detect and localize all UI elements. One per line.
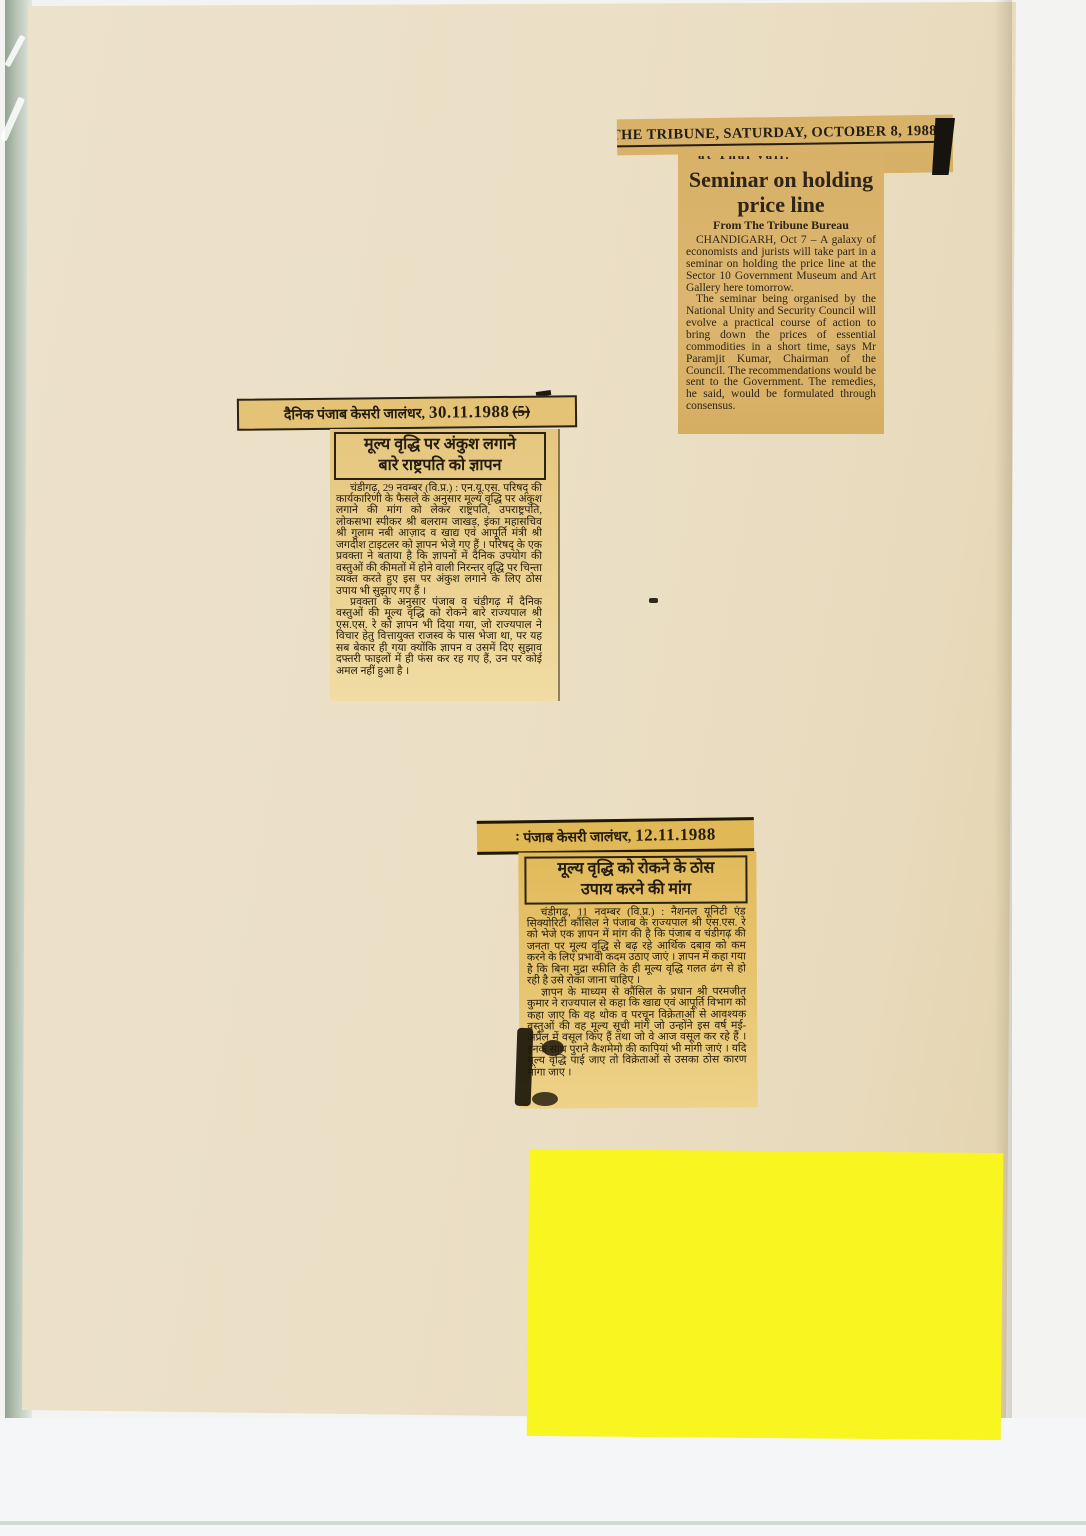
clipping2-source-strip: : पंजाब केसरी जालंधर, 12.11.1988 bbox=[477, 817, 754, 855]
clipping2-source-date: 12.11.1988 bbox=[635, 825, 716, 846]
clipping1-article: मूल्य वृद्धि पर अंकुश लगाने बारे राष्ट्र… bbox=[330, 429, 560, 701]
clipping1-source-name: दैनिक पंजाब केसरी जालंधर, bbox=[284, 403, 425, 423]
tribune-byline: From The Tribune Bureau bbox=[686, 218, 876, 233]
sleeve-bottom-edge-line bbox=[0, 1521, 1086, 1525]
tribune-source-strip: THE TRIBUNE, SATURDAY, OCTOBER 8, 1988 (… bbox=[617, 115, 953, 156]
tribune-headline: Seminar on holding price line bbox=[686, 168, 876, 217]
clipping1-source-date: 30.11.1988 bbox=[429, 402, 510, 423]
clipping2-article: मूल्य वृद्धि को रोकने के ठोस उपाय करने क… bbox=[518, 851, 757, 1108]
tribune-cut-off-line: at Thai vall. bbox=[686, 156, 876, 166]
clipping1-paragraph: प्रवक्ता के अनुसार पंजाब व चंडीगढ़ में द… bbox=[336, 597, 542, 677]
tribune-source-text: THE TRIBUNE, SATURDAY, OCTOBER 8, 1988 bbox=[617, 123, 937, 148]
tribune-article: at Thai vall. Seminar on holding price l… bbox=[678, 152, 884, 434]
clipping1-struck-number: (5) bbox=[512, 403, 530, 420]
ink-smudge bbox=[515, 1028, 534, 1107]
ink-smudge bbox=[532, 1092, 558, 1106]
clipping1-paragraph: चंडीगढ़, 29 नवम्बर (वि.प्र.) : एन.यू.एस.… bbox=[336, 483, 542, 597]
clipping2-source-cut-prefix: : bbox=[515, 829, 520, 845]
yellow-cover-note bbox=[527, 1149, 1003, 1440]
tribune-paragraph: The seminar being organised by the Natio… bbox=[686, 294, 876, 412]
clipping1-source-strip: दैनिक पंजाब केसरी जालंधर, 30.11.1988 (5) bbox=[237, 395, 577, 431]
clipping1-headline: मूल्य वृद्धि पर अंकुश लगाने बारे राष्ट्र… bbox=[334, 432, 546, 480]
tribune-body-text: CHANDIGARH, Oct 7 – A galaxy of economis… bbox=[686, 235, 876, 413]
clipping2-paragraph: चंडीगढ़, 11 नवम्बर (वि.प्र.) : नैशनल यून… bbox=[527, 906, 746, 987]
clipping2-source-name: पंजाब केसरी जालंधर, bbox=[523, 826, 631, 847]
dust-speck bbox=[649, 598, 658, 603]
clipping2-headline: मूल्य वृद्धि को रोकने के ठोस उपाय करने क… bbox=[524, 855, 747, 904]
clipping2-paragraph: ज्ञापन के माध्यम से कौंसिल के प्रधान श्र… bbox=[527, 986, 746, 1079]
scanned-album-page: THE TRIBUNE, SATURDAY, OCTOBER 8, 1988 (… bbox=[0, 0, 1086, 1536]
ink-smudge bbox=[542, 1040, 564, 1056]
clipping1-body-text: चंडीगढ़, 29 नवम्बर (वि.प्र.) : एन.यू.एस.… bbox=[333, 482, 554, 677]
tribune-paragraph: CHANDIGARH, Oct 7 – A galaxy of economis… bbox=[686, 235, 876, 294]
